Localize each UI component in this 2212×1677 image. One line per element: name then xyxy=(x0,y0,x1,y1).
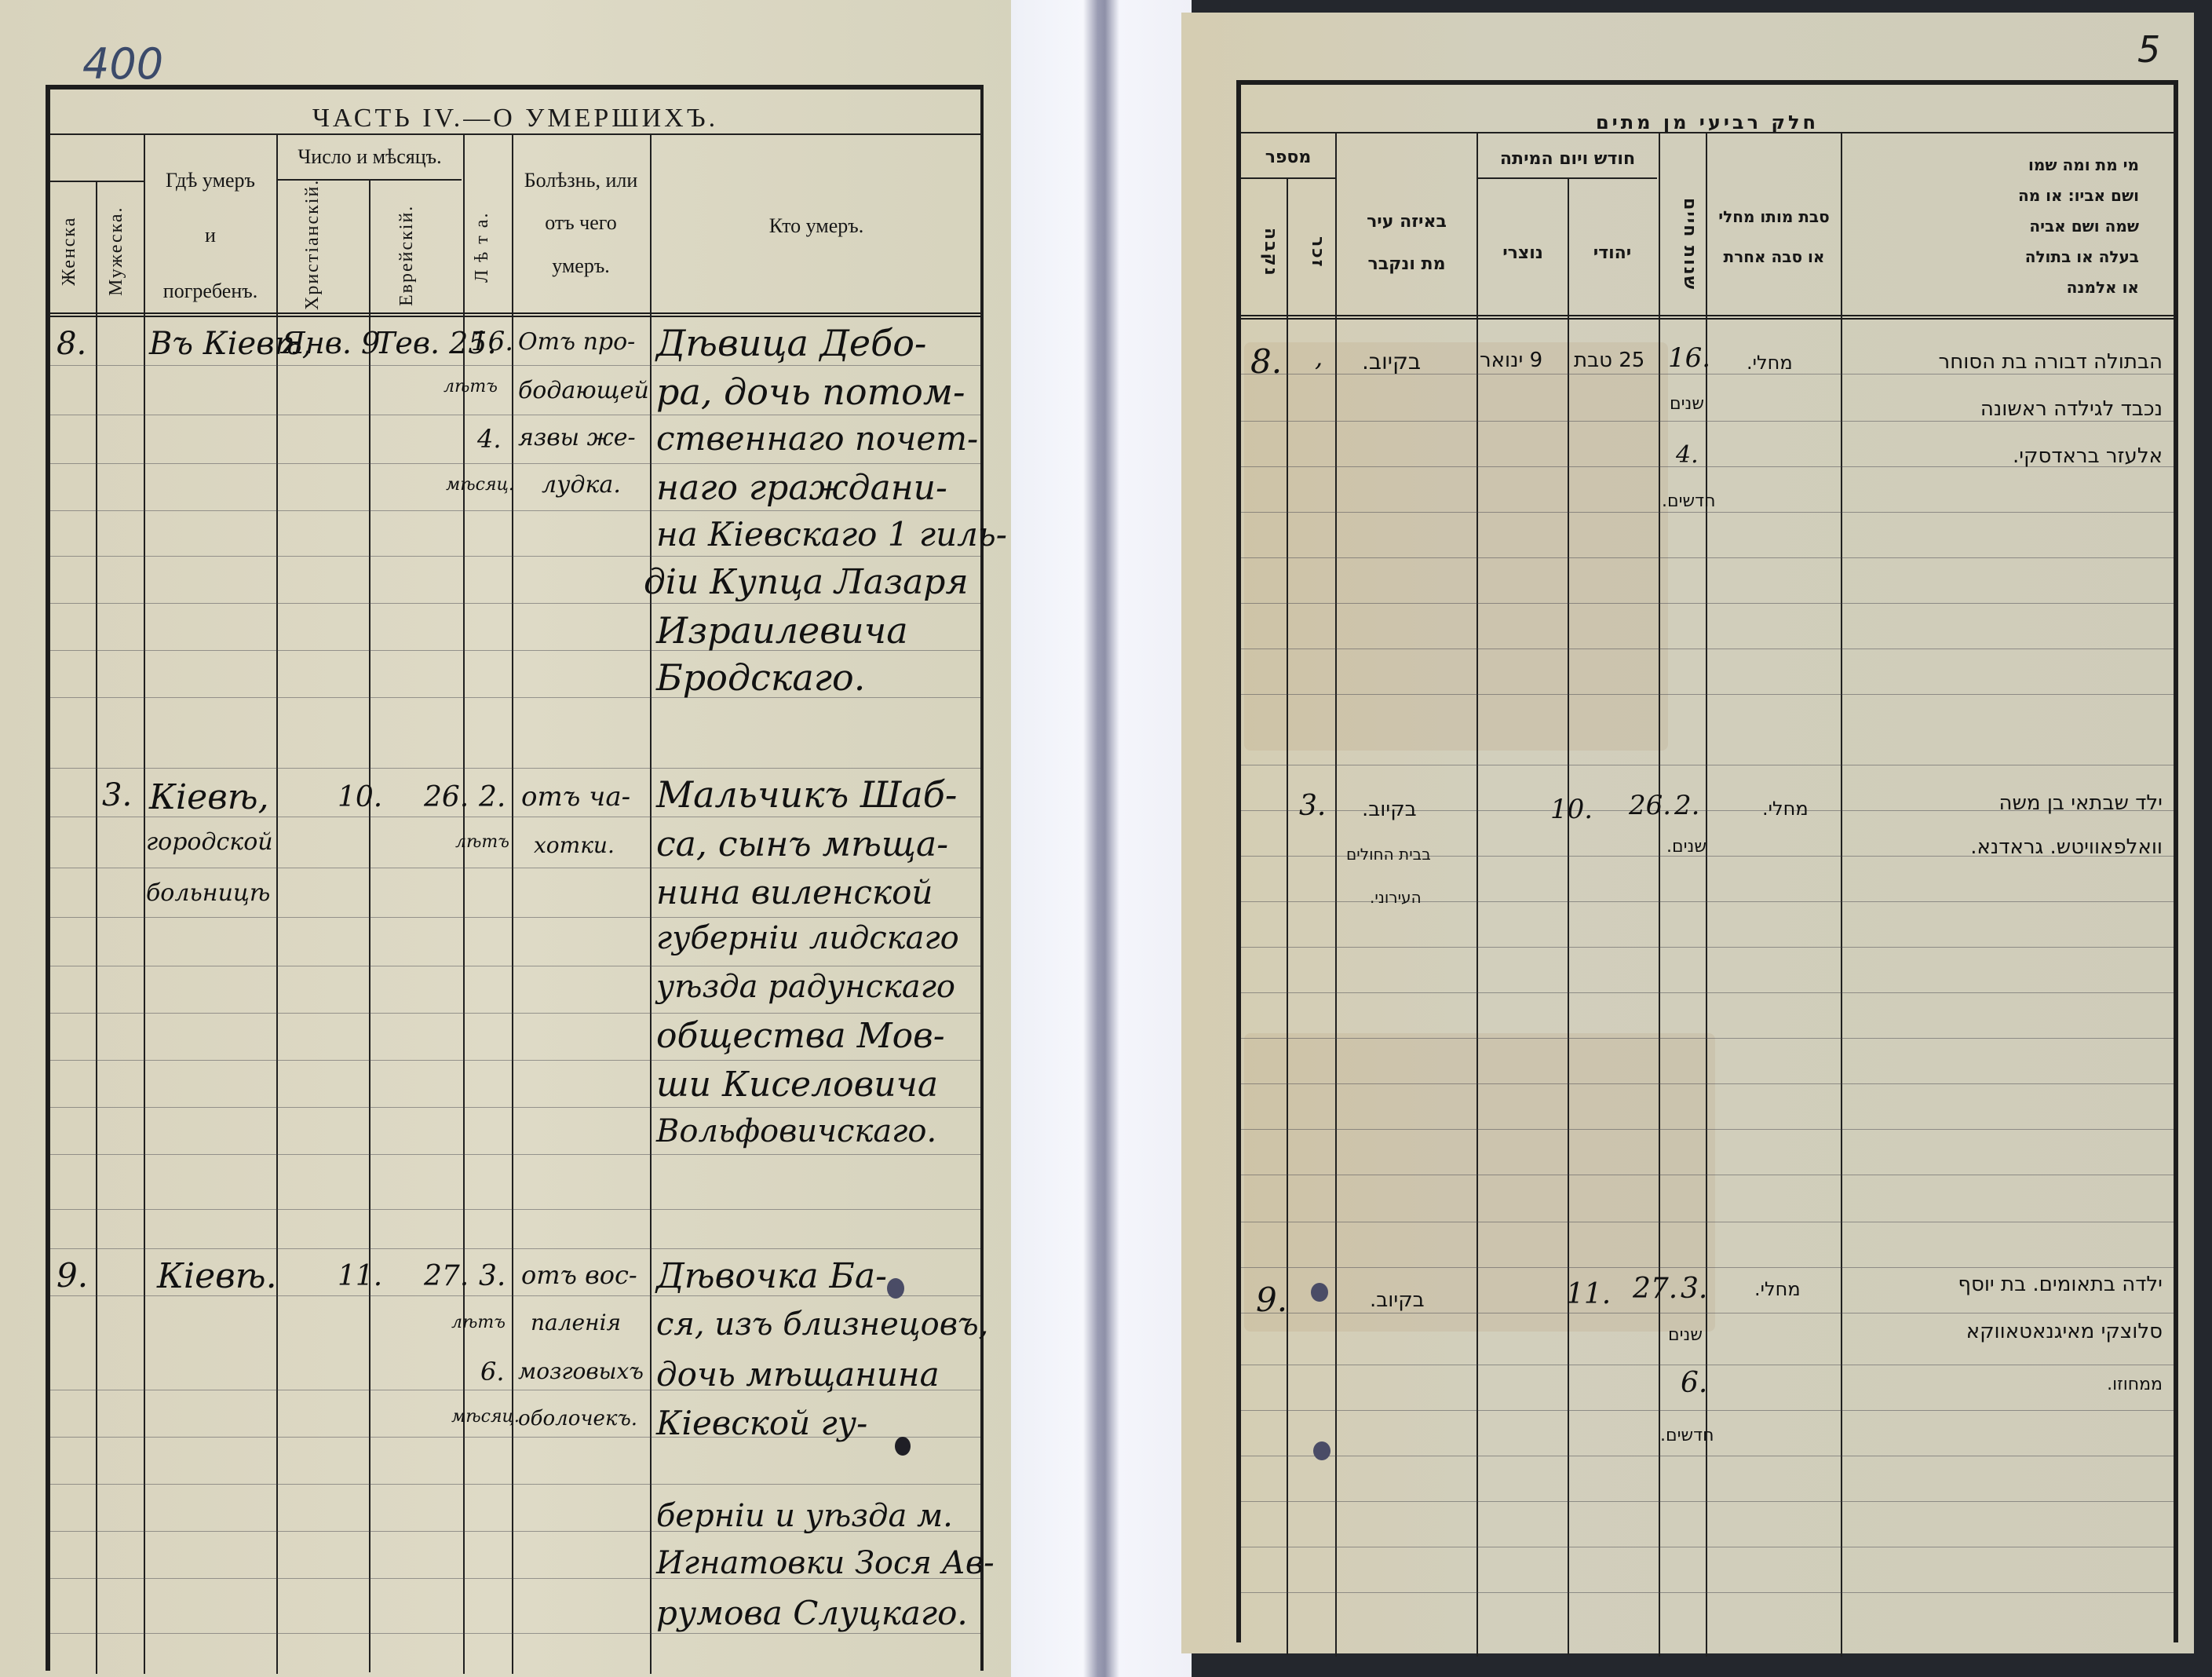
entry-age: 4. xyxy=(477,424,502,454)
entry-who: וואלפאוויטש. גראדנא. xyxy=(1872,835,2163,859)
col-place-line: и xyxy=(146,220,275,251)
entry-who: ся, изъ близнецовъ, xyxy=(656,1306,988,1343)
entry-who: румова Слуцкаго. xyxy=(656,1594,968,1632)
entry-christian-date: 11. xyxy=(338,1260,382,1292)
col-cause-line: סבת מותו מחלי xyxy=(1709,205,1839,229)
entry-who: са, сынъ мѣща- xyxy=(656,824,948,864)
col-place-line: מת ונקבר xyxy=(1338,251,1475,278)
entry-who: дочь мѣщанина xyxy=(656,1355,940,1394)
entry-who: ственнаго почет- xyxy=(656,419,978,458)
column-divider xyxy=(276,135,278,1674)
entry-age: 6. xyxy=(480,1357,505,1387)
col-christian-date: Христіанскій. xyxy=(298,185,345,310)
col-number-group: מספר xyxy=(1241,144,1335,171)
entry-male: , xyxy=(1315,342,1323,372)
title-divider xyxy=(50,133,980,135)
entry-female: 9. xyxy=(1256,1281,1287,1319)
entry-age-unit: שנים xyxy=(1668,1325,1703,1345)
ink-blot xyxy=(1311,1283,1328,1302)
col-who-line: ושם אביו: או מה xyxy=(1888,181,2139,211)
entry-who: ילדה בתאומים. בת יוסף xyxy=(1872,1273,2163,1296)
entry-place: בבית החולים xyxy=(1346,845,1431,864)
entry-place: Кіевѣ, xyxy=(149,777,269,817)
entry-who: Бродскаго. xyxy=(656,656,865,699)
left-page: 400 ЧАСТЬ IV.—О УМЕРШИХЪ. Женска Мужеска… xyxy=(0,0,1020,1677)
entry-who: наго граждани- xyxy=(656,468,947,508)
header-bottom-line xyxy=(1241,315,2174,320)
entry-cause: мозговыхъ xyxy=(518,1358,644,1384)
entry-age: 16. xyxy=(1668,342,1710,374)
entry-jewish-date: 26. xyxy=(1629,790,1671,821)
entry-who: ши Киселовича xyxy=(656,1065,938,1105)
column-divider xyxy=(1476,133,1478,1657)
entry-place: העירוני. xyxy=(1370,888,1422,907)
entry-age-unit: חדשים. xyxy=(1662,491,1715,511)
entry-age: 16. xyxy=(471,326,513,357)
entry-cause: Отъ про- xyxy=(518,328,635,356)
entry-age-unit: мѣсяц. xyxy=(446,475,514,495)
entry-who: אלעזר בראדסקי. xyxy=(1872,444,2163,468)
header-subdivider xyxy=(50,181,144,182)
entry-place: בקיוב. xyxy=(1362,349,1421,374)
entry-who: ילד שבתאי בן משה xyxy=(1872,791,2163,815)
col-female: נקבה xyxy=(1246,201,1283,303)
column-divider xyxy=(144,135,145,1674)
col-cause: Болѣзнь, или отъ чего умеръ. xyxy=(514,165,648,282)
entry-jewish-date: 27. xyxy=(424,1260,469,1292)
col-cause-line: отъ чего xyxy=(514,207,648,239)
entry-age-unit: חדשים. xyxy=(1660,1426,1714,1445)
entry-christian-date: 9 ינואר xyxy=(1480,349,1542,372)
col-cause-line: או סבה אחרת xyxy=(1709,245,1839,269)
entry-age: 4. xyxy=(1676,441,1699,469)
entry-who: діи Купца Лазаря xyxy=(644,562,969,602)
col-who: Кто умеръ. xyxy=(652,210,981,242)
col-who-line: שמה ושם אביה xyxy=(1888,211,2139,242)
ink-blot xyxy=(895,1437,911,1456)
entry-cause: бодающей xyxy=(518,377,649,404)
col-jewish-date: Еврейскій. xyxy=(392,200,440,310)
folio-number-left: 400 xyxy=(82,39,163,89)
entry-age-unit: лѣтъ xyxy=(443,377,498,396)
section-title-left: ЧАСТЬ IV.—О УМЕРШИХЪ. xyxy=(50,104,980,133)
col-place: Гдѣ умеръ и погребенъ. xyxy=(146,165,275,307)
title-divider xyxy=(1241,132,2174,133)
header-bottom-line xyxy=(50,312,980,317)
folio-number-right: 5 xyxy=(2137,28,2160,71)
entry-female: 8. xyxy=(57,326,86,362)
entry-christian-date: 10. xyxy=(1550,794,1593,825)
col-date-group: Число и мѣсяцъ. xyxy=(279,141,461,173)
col-who-line: מי מת ומה שמו xyxy=(1888,150,2139,181)
entry-christian-date: 11. xyxy=(1566,1278,1611,1310)
col-male: Мужеска. xyxy=(102,196,140,306)
entry-place: Кіевѣ. xyxy=(157,1256,277,1296)
ink-blot xyxy=(887,1278,904,1299)
entry-who: берніи и уѣзда м. xyxy=(656,1498,953,1534)
column-divider xyxy=(96,182,97,1674)
column-divider xyxy=(1335,133,1337,1657)
entry-jewish-date: 27. xyxy=(1633,1273,1677,1305)
col-female: Женска xyxy=(55,196,93,306)
entry-cause: מחלי. xyxy=(1762,798,1809,820)
entry-male: 3. xyxy=(102,777,132,813)
right-page: 5 חלק רביעי מן מתים מספר נקבה זכר באיזה … xyxy=(1181,13,2194,1653)
column-divider xyxy=(512,135,513,1674)
entry-who: סלוצקי מאיגנאטאווקא xyxy=(1872,1320,2163,1343)
col-who-line: או אלמנה xyxy=(1888,272,2139,303)
col-age: שנות חיים xyxy=(1662,181,1703,307)
entry-age-unit: мѣсяц. xyxy=(451,1407,520,1427)
entry-age: 2. xyxy=(479,781,506,813)
entry-female: 9. xyxy=(57,1256,88,1295)
entry-place: בקיוב. xyxy=(1362,798,1417,821)
entry-who: нина виленской xyxy=(656,873,933,912)
column-divider xyxy=(1841,133,1842,1657)
entry-christian-date: 10. xyxy=(338,781,382,813)
col-christian-date: נוצרי xyxy=(1480,240,1566,267)
column-divider xyxy=(369,181,370,1672)
entry-place: בקיוב. xyxy=(1370,1288,1425,1312)
entry-cause: хотки. xyxy=(534,832,615,858)
entry-who: Израилевича xyxy=(656,609,908,652)
entry-who: הבתולה דבורה בת הסוחר xyxy=(1872,350,2163,374)
entry-female: 8. xyxy=(1250,342,1282,381)
entry-age-unit: лѣтъ xyxy=(451,1313,506,1332)
entry-age: 3. xyxy=(479,1260,506,1292)
entry-who: уѣзда радунскаго xyxy=(656,969,955,1005)
column-divider xyxy=(1287,179,1288,1655)
header-subdivider xyxy=(1241,177,1335,179)
entry-age: 3. xyxy=(1681,1273,1707,1305)
entry-who: на Кіевскаго 1 гиль- xyxy=(656,515,1007,554)
entry-cause: отъ ча- xyxy=(521,781,630,813)
entry-cause: оболочекъ. xyxy=(518,1407,637,1430)
entry-cause: отъ вос- xyxy=(521,1260,637,1290)
col-age: Л ѣ т а. xyxy=(468,185,507,310)
col-date-group: חודש ויום המיתה xyxy=(1478,146,1657,173)
entry-cause: лудка. xyxy=(542,471,621,499)
entry-jewish-date: 25 טבת xyxy=(1574,349,1644,372)
col-cause-line: умеръ. xyxy=(514,250,648,282)
entry-cause: מחלי. xyxy=(1754,1278,1801,1300)
entry-who: Дѣвица Дебо- xyxy=(656,322,926,364)
entry-cause: язвы же- xyxy=(518,424,636,451)
entry-age-unit: лѣтъ xyxy=(455,832,509,852)
entry-age: 2. xyxy=(1674,790,1699,821)
col-male: זכר xyxy=(1291,201,1330,303)
entry-place: больницѣ xyxy=(146,879,270,907)
entry-cause: паленія xyxy=(531,1310,621,1335)
column-divider xyxy=(463,135,465,1674)
entry-male: 3. xyxy=(1299,790,1326,822)
entry-age-unit: שנים. xyxy=(1666,837,1706,857)
col-place-line: באיזה עיר xyxy=(1338,209,1475,236)
col-cause-line: Болѣзнь, или xyxy=(514,165,648,196)
col-cause: סבת מותו מחלי או סבה אחרת xyxy=(1709,205,1839,269)
entry-who: Вольфовичскаго. xyxy=(656,1113,936,1149)
entry-who: Кіевской гу- xyxy=(656,1404,867,1442)
col-place: באיזה עיר מת ונקבר xyxy=(1338,209,1475,278)
entry-who: ра, дочь потом- xyxy=(656,371,965,413)
col-who-line: בעלה או בתולה xyxy=(1888,242,2139,272)
entry-who: Игнатовки Зося Ав- xyxy=(656,1545,995,1581)
col-place-line: Гдѣ умеръ xyxy=(146,165,275,196)
col-place-line: погребенъ. xyxy=(146,276,275,307)
entry-jewish-date: 26. xyxy=(424,781,469,813)
entry-who: Мальчикъ Шаб- xyxy=(656,773,957,816)
entry-who: губерніи лидскаго xyxy=(656,920,959,956)
entry-age-unit: שנים xyxy=(1670,394,1704,414)
column-divider xyxy=(1568,179,1569,1655)
entry-christian-date: Янв. 9 xyxy=(281,326,380,360)
ink-blot xyxy=(1313,1441,1330,1460)
entry-who: Дѣвочка Ба- xyxy=(656,1256,887,1296)
entry-who: ממחוזו. xyxy=(1872,1375,2163,1394)
col-jewish-date: יהודי xyxy=(1569,240,1655,267)
entry-who: общества Мов- xyxy=(656,1016,945,1056)
entry-who: נכבד לגילדה ראשונה xyxy=(1872,397,2163,421)
binding-gutter xyxy=(1011,0,1192,1677)
entry-place: городской xyxy=(146,828,273,856)
entry-age: 6. xyxy=(1681,1367,1707,1399)
col-who: מי מת ומה שמו ושם אביו: או מה שמה ושם אב… xyxy=(1888,150,2139,303)
entry-cause: מחלי. xyxy=(1747,352,1793,374)
column-divider xyxy=(650,135,652,1674)
